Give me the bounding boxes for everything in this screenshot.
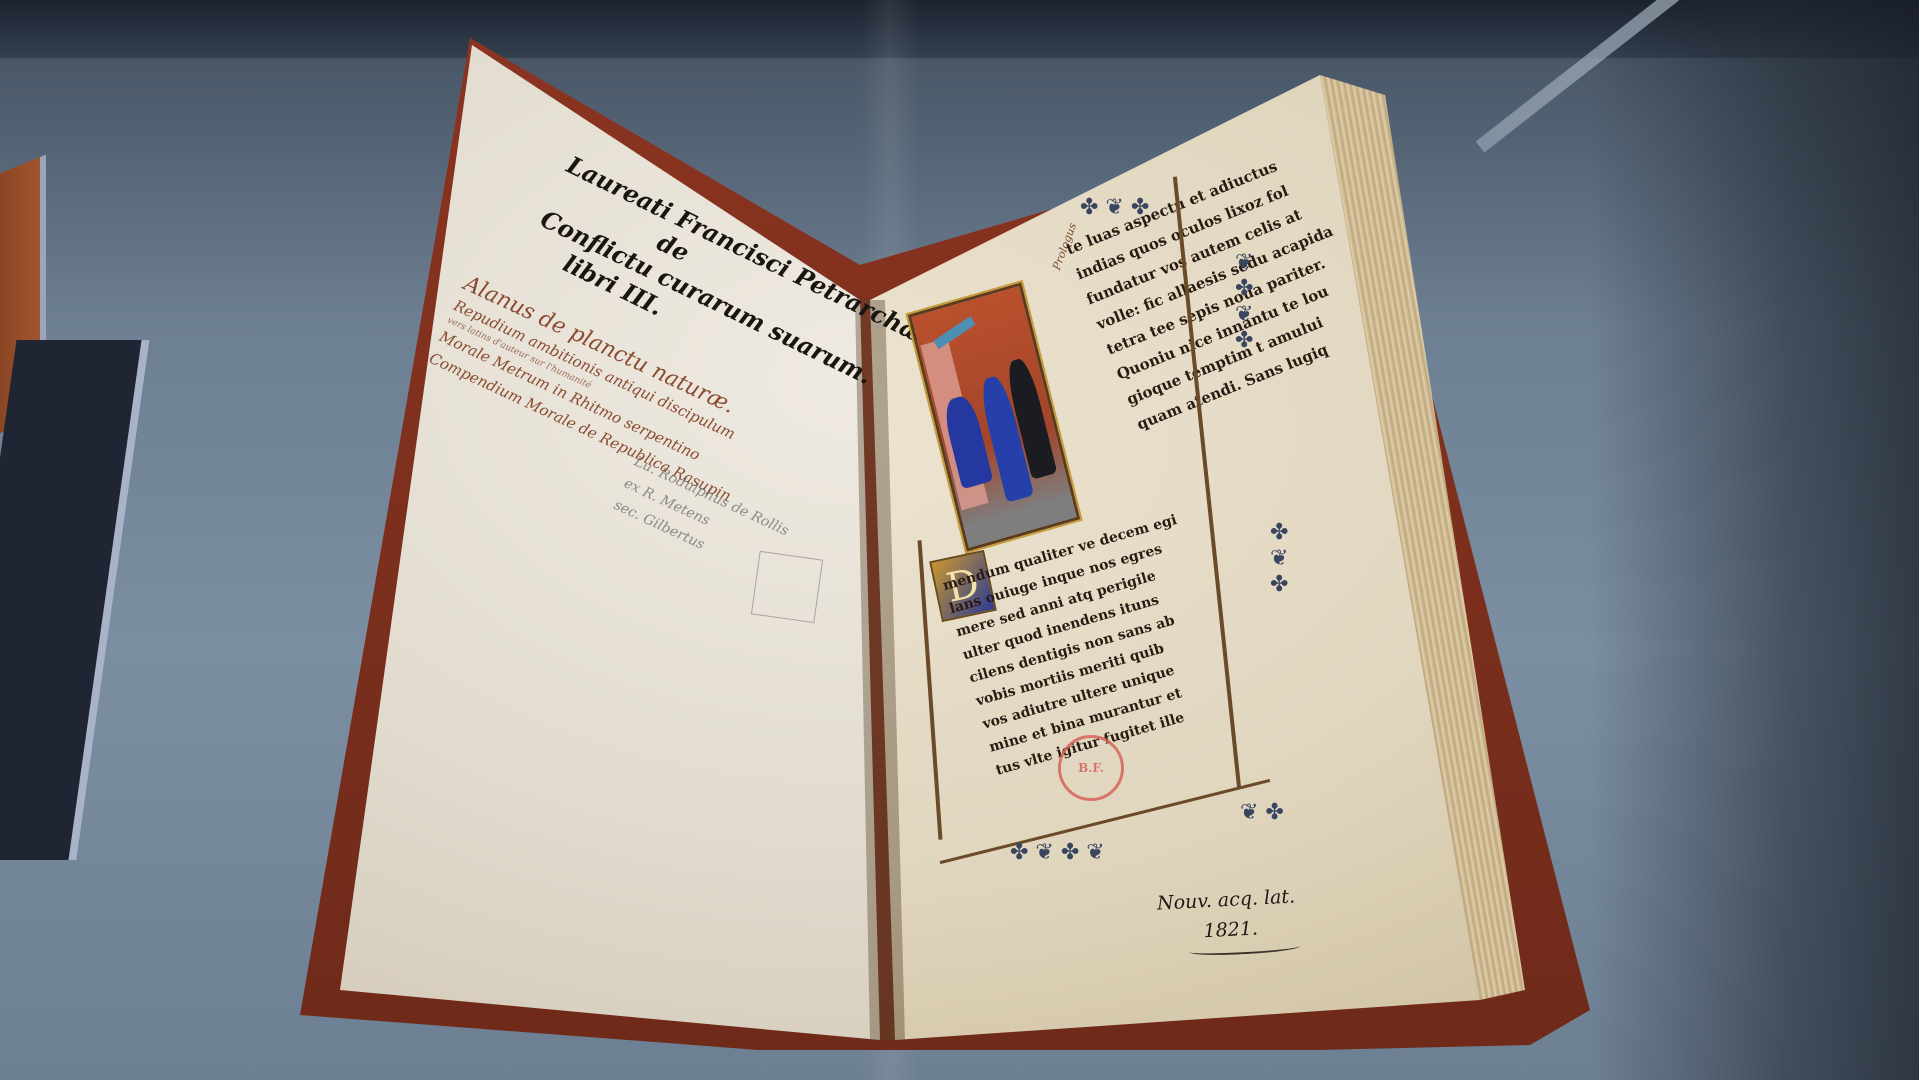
library-stamp: B.F. bbox=[1058, 735, 1124, 801]
shelfmark: Nouv. acq. lat. 1821. bbox=[1156, 881, 1299, 958]
vine-ornament-icon: ❦ ✤ bbox=[1240, 800, 1284, 826]
vine-ornament-icon: ✤ ❦ ✤ bbox=[1080, 195, 1149, 221]
right-page bbox=[0, 0, 1919, 1080]
vine-ornament-icon: ✤ ❦ ✤ ❦ bbox=[1010, 840, 1105, 866]
canopy-shape bbox=[933, 316, 975, 349]
vine-ornament-icon: ❦✤❦✤ bbox=[1235, 250, 1253, 354]
manuscript-book: Laureati Francisci Petrarchæ de Conflict… bbox=[0, 0, 1919, 1080]
pencil-sketch-box bbox=[751, 551, 823, 623]
vine-ornament-icon: ✤❦✤ bbox=[1270, 520, 1288, 598]
